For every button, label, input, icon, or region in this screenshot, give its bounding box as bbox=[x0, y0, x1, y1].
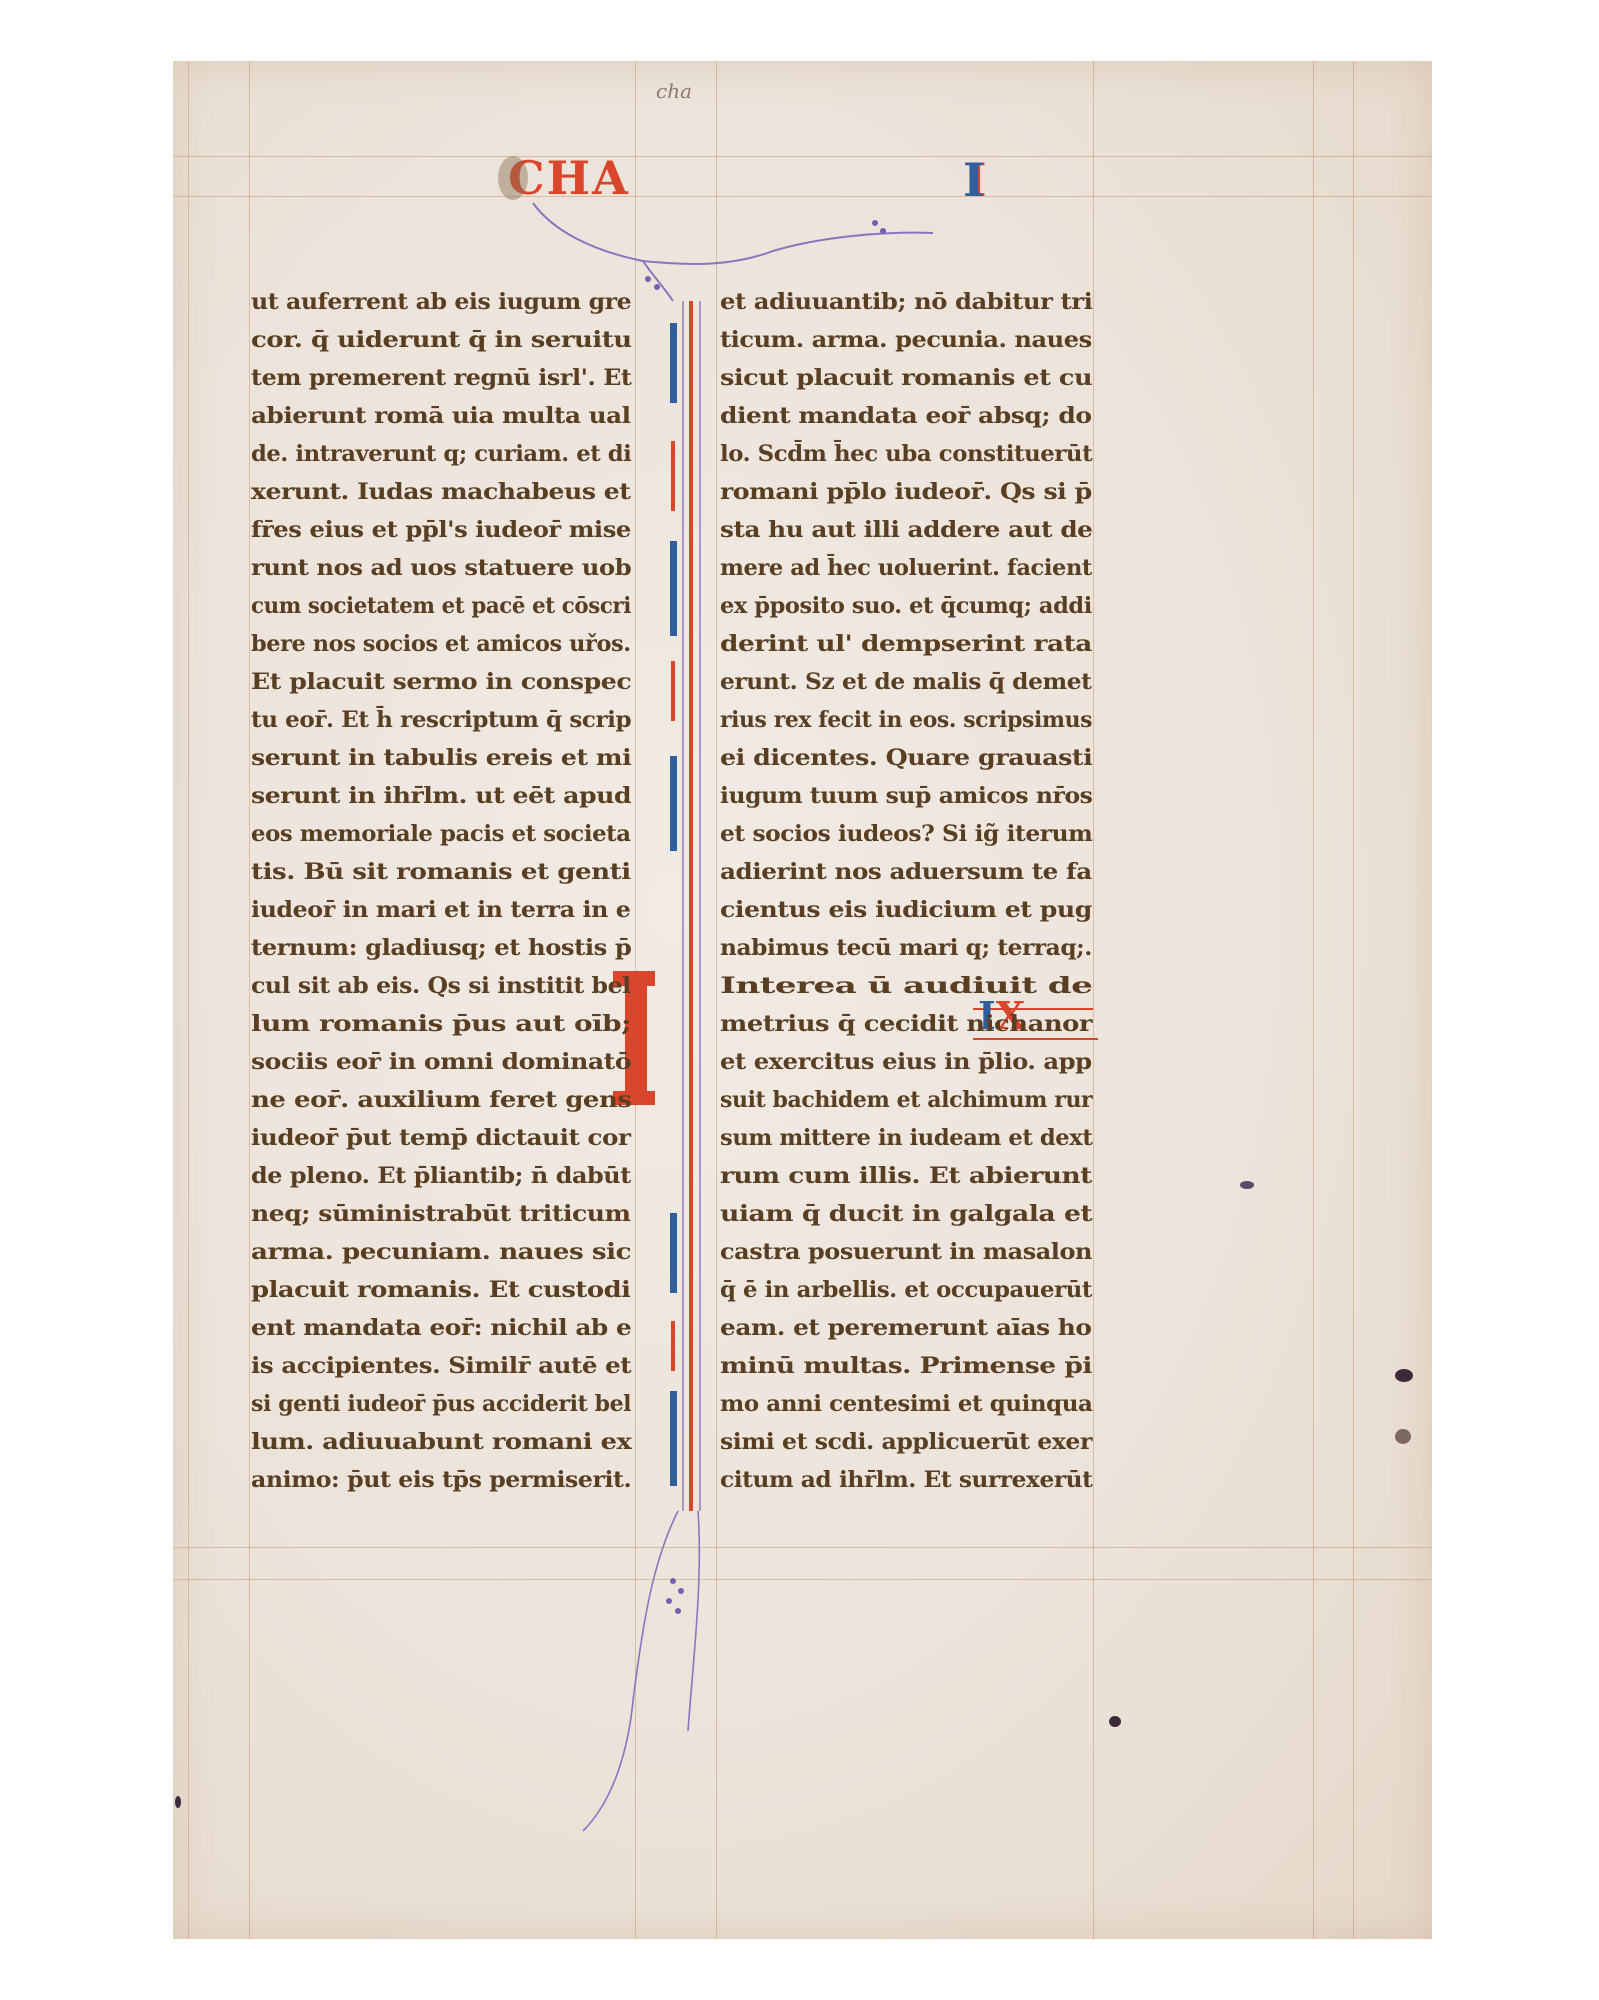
text-line: eos memoriale pacis et societa bbox=[251, 821, 631, 847]
text-line: et adiuuantib; nō dabitur tri bbox=[720, 289, 1092, 315]
text-line: xerunt. Iudas machabeus et bbox=[251, 479, 630, 505]
text-line: derint ul' dempserint rata bbox=[720, 631, 1092, 657]
text-line: Et placuit sermo in conspec bbox=[251, 669, 631, 695]
text-line: castra posuerunt in masalon bbox=[720, 1239, 1092, 1265]
text-line: bere nos socios et amicos uřos. bbox=[251, 631, 631, 657]
text-line: cientus eis iudicium et pug bbox=[720, 897, 1092, 923]
text-line: q̄ ē in arbellis. et occupauerūt bbox=[720, 1277, 1092, 1303]
text-line: ei dicentes. Quare grauasti bbox=[720, 745, 1092, 771]
text-line: tu eor̄. Et h̄ rescriptum q̄ scrip bbox=[251, 707, 631, 733]
text-line: tis. Bū sit romanis et genti bbox=[251, 859, 631, 885]
text-line: romani pp̄lo iudeor̄. Qs si p̄ bbox=[720, 479, 1092, 505]
text-line: sum mittere in iudeam et dext bbox=[720, 1125, 1092, 1151]
text-line: tem premerent regnū isrl'. Et bbox=[251, 365, 631, 391]
text-line: iudeor̄ p̄ut temp̄ dictauit cor bbox=[251, 1125, 630, 1151]
right-column: et adiuuantib; nō dabitur tri ticum. arm… bbox=[720, 289, 1092, 1549]
text-line: lo. Scd̄m h̄ec uba constituerūt bbox=[720, 441, 1092, 467]
text-line: simi et scdi. applicuerūt exer bbox=[720, 1429, 1092, 1455]
manuscript-leaf: cha CHA I IX bbox=[173, 61, 1432, 1939]
text-line: serunt in ihr̄lm. ut eēt apud bbox=[251, 783, 631, 809]
text-line: suit bachidem et alchimum rur bbox=[720, 1087, 1092, 1113]
text-line: lum. adiuuabunt romani ex bbox=[251, 1429, 631, 1455]
text-line: neq; sūministrabūt triticum bbox=[251, 1201, 631, 1227]
text-line: ent mandata eor̄: nichil ab e bbox=[251, 1315, 631, 1341]
text-line: eam. et peremerunt aīas ho bbox=[720, 1315, 1091, 1341]
text-line: mere ad h̄ec uoluerint. facient bbox=[720, 555, 1092, 581]
text-line: sicut placuit romanis et cu bbox=[720, 365, 1092, 391]
left-column: ut auferrent ab eis iugum gre cor. q̄ ui… bbox=[251, 289, 631, 1549]
text-line: de. intraverunt q; curiam. et di bbox=[251, 441, 631, 467]
text-line: et exercitus eius in p̄lio. app bbox=[720, 1049, 1092, 1075]
text-line: iudeor̄ in mari et in terra in e bbox=[251, 897, 630, 923]
text-line: mo anni centesimi et quinqua bbox=[720, 1391, 1092, 1417]
text-line: Interea ū audiuit de bbox=[720, 973, 1092, 999]
text-line: dient mandata eor̄ absq; do bbox=[720, 403, 1092, 429]
text-line: iugum tuum sup̄ amicos nr̄os bbox=[720, 783, 1092, 809]
text-line: cul sit ab eis. Qs si institit bel bbox=[251, 973, 631, 999]
text-line: cum societatem et pacē et cōscri bbox=[251, 593, 631, 619]
text-line: rum cum illis. Et abierunt bbox=[720, 1163, 1092, 1189]
ink-spot bbox=[1240, 1181, 1254, 1189]
text-line: sociis eor̄ in omni dominatō bbox=[251, 1049, 631, 1075]
text-line: cor. q̄ uiderunt q̄ in seruitu bbox=[251, 327, 632, 353]
text-line: metrius q̄ cecidit nichanor bbox=[720, 1011, 1092, 1037]
text-line: ex p̄posito suo. et q̄cumq; addi bbox=[720, 593, 1092, 619]
ink-spot bbox=[1109, 1716, 1121, 1727]
text-line: uiam q̄ ducit in galgala et bbox=[720, 1201, 1092, 1227]
text-line: erunt. Sz et de malis q̄ demet bbox=[720, 669, 1091, 695]
text-line: citum ad ihr̄lm. Et surrexerūt bbox=[720, 1467, 1092, 1493]
text-line: sta hu aut illi addere aut de bbox=[720, 517, 1092, 543]
text-line: minū multas. Primense p̄i bbox=[720, 1353, 1092, 1379]
text-line: ut auferrent ab eis iugum gre bbox=[251, 289, 631, 315]
text-line: ne eor̄. auxilium feret gens bbox=[251, 1087, 632, 1113]
text-line: animo: p̄ut eis tp̄s permiserit. bbox=[251, 1467, 631, 1493]
text-line: et socios iudeos? Si ig̃ iterum bbox=[720, 821, 1092, 847]
text-line: nabimus tecū mari q; terraq;. bbox=[720, 935, 1092, 961]
ink-spot bbox=[1395, 1429, 1411, 1444]
text-line: adierint nos aduersum te fa bbox=[720, 859, 1092, 885]
text-line: placuit romanis. Et custodi bbox=[251, 1277, 630, 1303]
text-line: si genti iudeor̄ p̄us acciderit bel bbox=[251, 1391, 631, 1417]
text-line: lum romanis p̄us aut oīb; bbox=[251, 1011, 631, 1037]
text-line: is accipientes. Similr̄ autē et bbox=[251, 1353, 631, 1379]
text-line: de pleno. Et p̄liantib; n̄ dabūt bbox=[251, 1163, 631, 1189]
text-line: fr̄es eius et pp̄l's iudeor̄ mise bbox=[251, 517, 631, 543]
text-line: rius rex fecit in eos. scripsimus bbox=[720, 707, 1092, 733]
text-line: runt nos ad uos statuere uob bbox=[251, 555, 631, 581]
text-line: ternum: gladiusq; et hostis p̄ bbox=[251, 935, 631, 961]
text-line: ticum. arma. pecunia. naues bbox=[720, 327, 1092, 353]
text-line: abierunt romā uia multa ual bbox=[251, 403, 631, 429]
ink-spot bbox=[175, 1796, 181, 1808]
text-line: serunt in tabulis ereis et mi bbox=[251, 745, 631, 771]
text-line: arma. pecuniam. naues sic bbox=[251, 1239, 631, 1265]
ink-spot bbox=[1395, 1369, 1413, 1382]
